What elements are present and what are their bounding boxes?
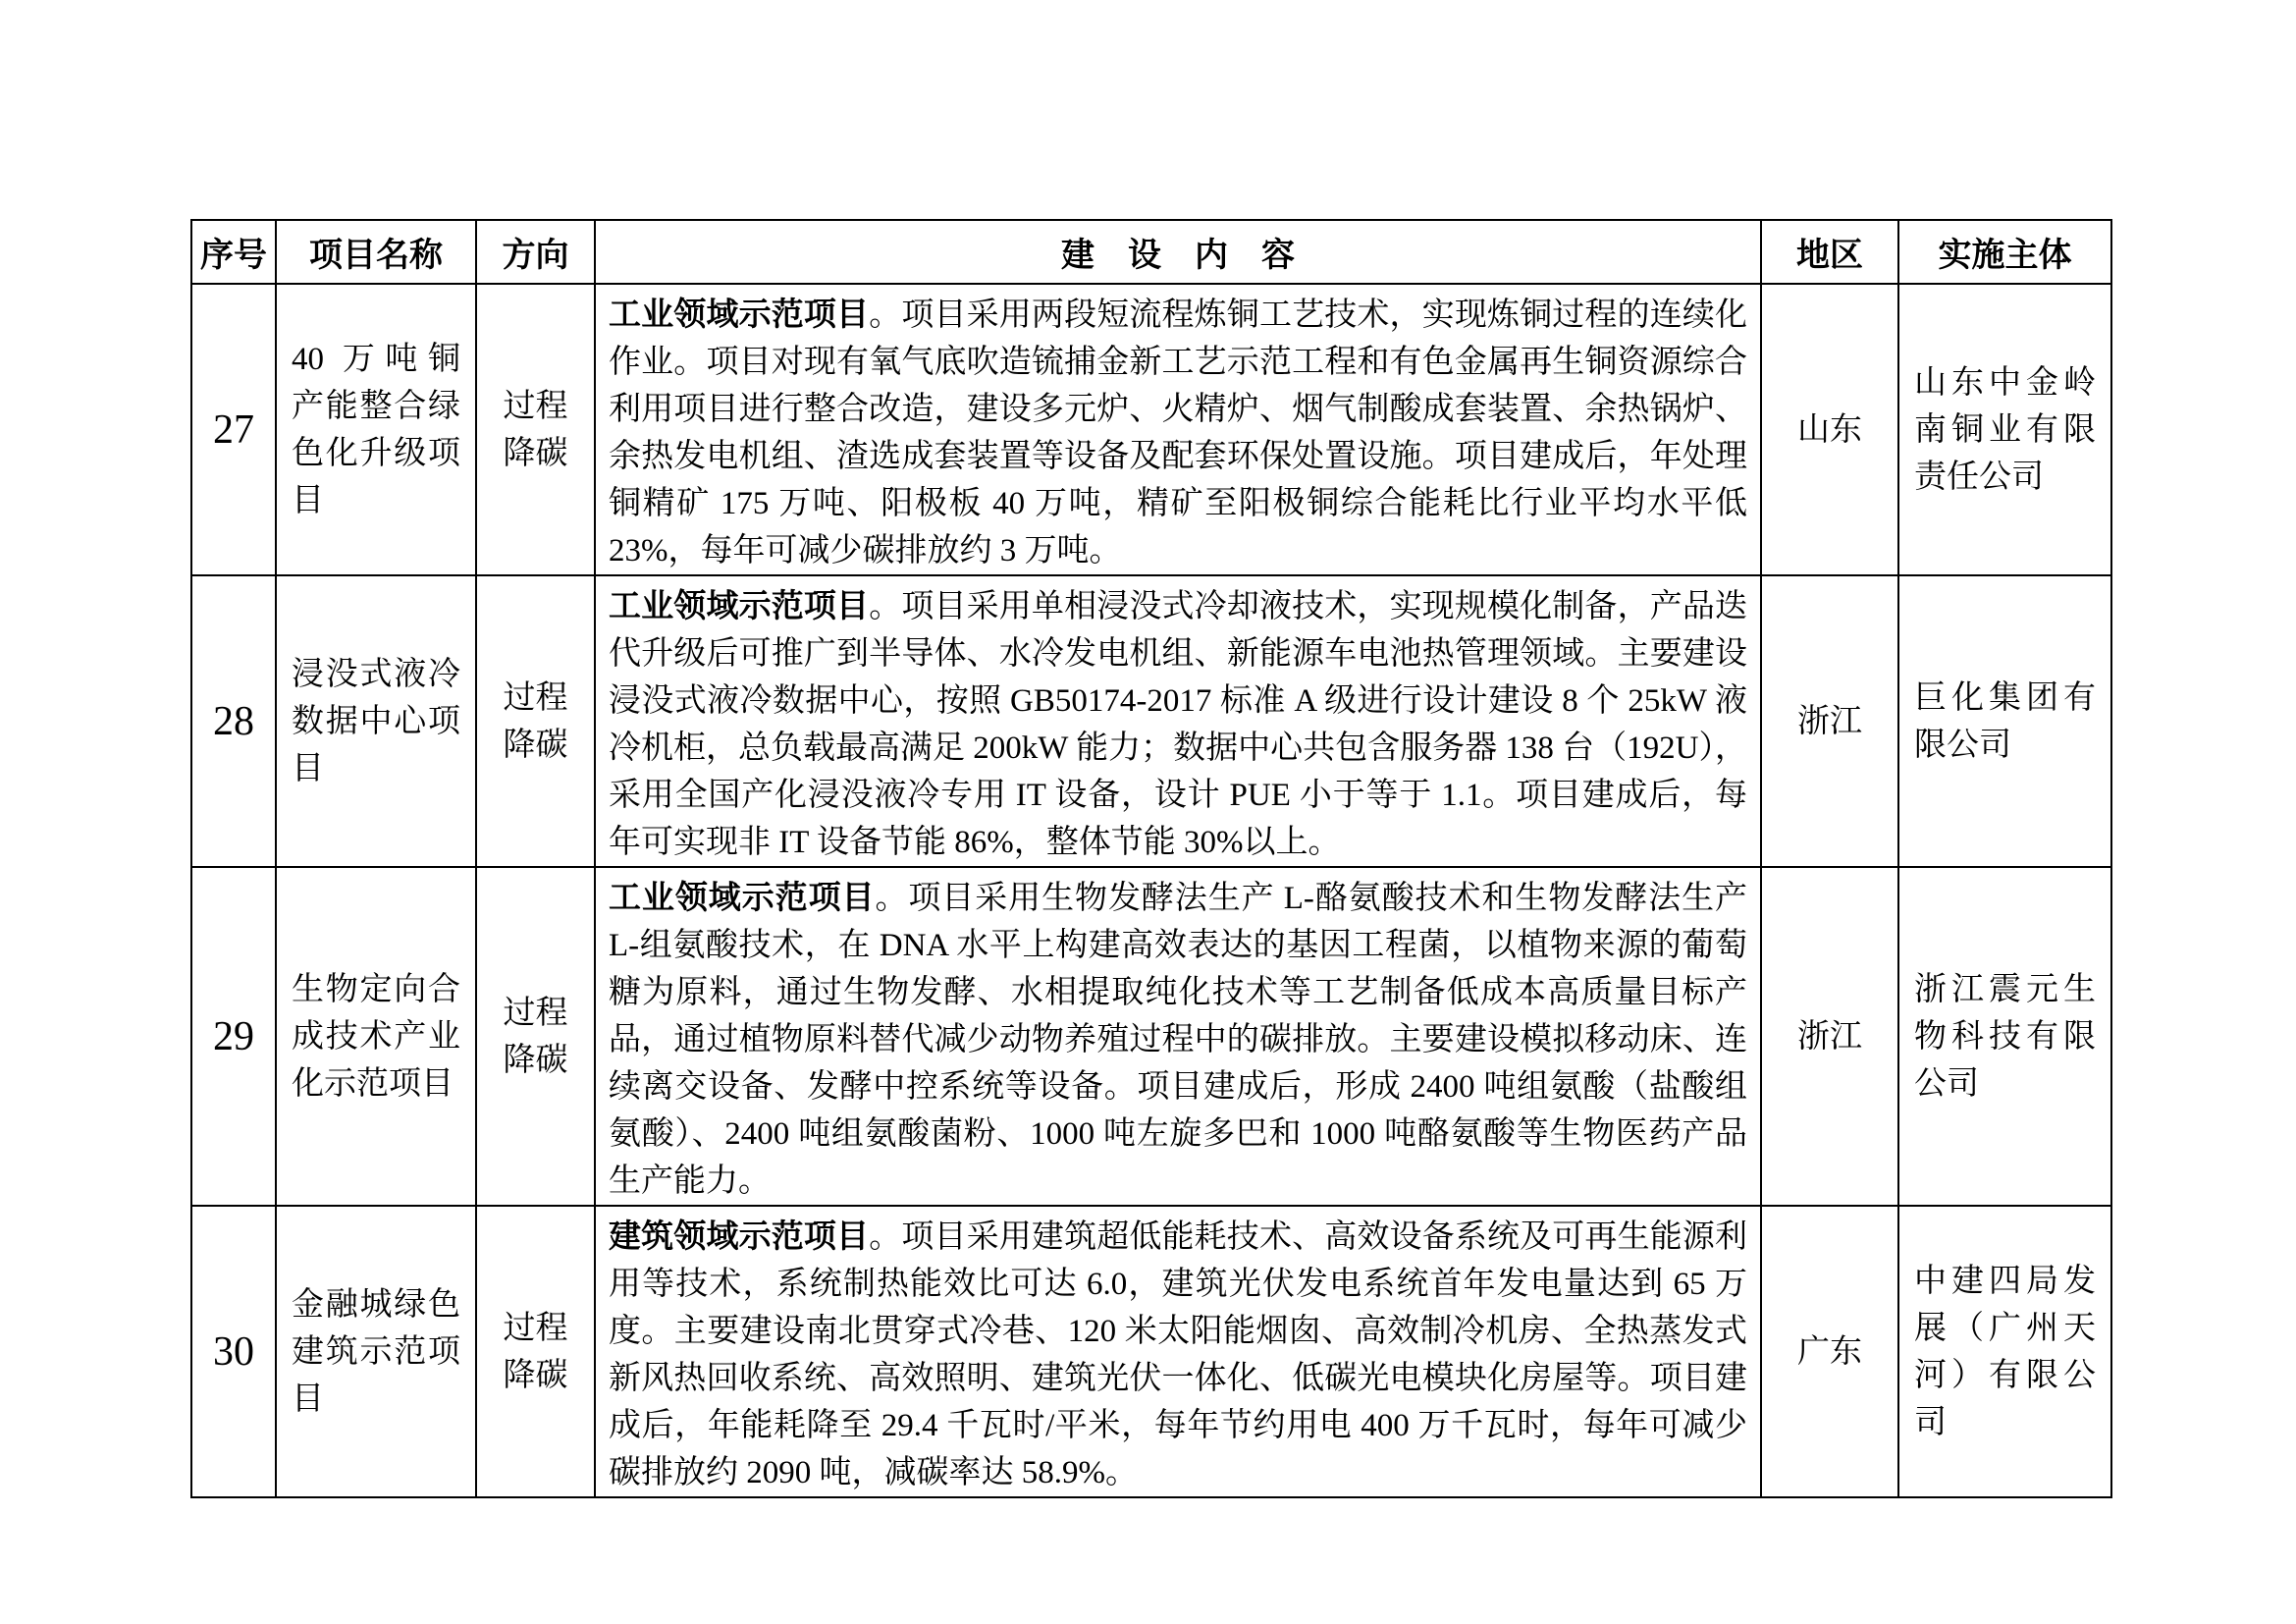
col-header-entity: 实施主体 [1898, 220, 2111, 284]
content-body-text: 。项目采用建筑超低能耗技术、高效设备系统及可再生能源利用等技术，系统制热能效比可… [609, 1219, 1747, 1490]
cell-entity: 中建四局发展（广州天河）有限公司 [1898, 1206, 2111, 1497]
content-body-text: 。项目采用单相浸没式冷却液技术，实现规模化制备，产品迭代升级后可推广到半导体、水… [609, 589, 1747, 860]
cell-index: 29 [191, 867, 276, 1206]
cell-project-name: 生物定向合成技术产业化示范项目 [276, 867, 476, 1206]
col-header-project-name: 项目名称 [276, 220, 476, 284]
cell-project-name: 浸没式液冷数据中心项目 [276, 575, 476, 867]
cell-index: 27 [191, 284, 276, 575]
col-header-region: 地区 [1761, 220, 1898, 284]
cell-content: 工业领域示范项目。项目采用单相浸没式冷却液技术，实现规模化制备，产品迭代升级后可… [595, 575, 1761, 867]
cell-region: 浙江 [1761, 575, 1898, 867]
cell-index: 30 [191, 1206, 276, 1497]
col-header-content: 建 设 内 容 [595, 220, 1761, 284]
cell-entity: 山东中金岭南铜业有限责任公司 [1898, 284, 2111, 575]
header-row: 序号 项目名称 方向 建 设 内 容 地区 实施主体 [191, 220, 2111, 284]
cell-region: 山东 [1761, 284, 1898, 575]
cell-entity: 巨化集团有限公司 [1898, 575, 2111, 867]
table-row: 30 金融城绿色建筑示范项目 过程降碳 建筑领域示范项目。项目采用建筑超低能耗技… [191, 1206, 2111, 1497]
cell-entity: 浙江震元生物科技有限公司 [1898, 867, 2111, 1206]
cell-direction: 过程降碳 [476, 575, 595, 867]
table-row: 28 浸没式液冷数据中心项目 过程降碳 工业领域示范项目。项目采用单相浸没式冷却… [191, 575, 2111, 867]
col-header-direction: 方向 [476, 220, 595, 284]
document-page: 序号 项目名称 方向 建 设 内 容 地区 实施主体 27 40 万吨铜产能整合… [0, 0, 2296, 1624]
table-row: 27 40 万吨铜产能整合绿色化升级项目 过程降碳 工业领域示范项目。项目采用两… [191, 284, 2111, 575]
table-row: 29 生物定向合成技术产业化示范项目 过程降碳 工业领域示范项目。项目采用生物发… [191, 867, 2111, 1206]
cell-region: 广东 [1761, 1206, 1898, 1497]
content-lead-text: 工业领域示范项目 [609, 881, 875, 916]
content-body-text: 。项目采用生物发酵法生产 L-酪氨酸技术和生物发酵法生产 L-组氨酸技术，在 D… [609, 881, 1747, 1199]
cell-project-name: 金融城绿色建筑示范项目 [276, 1206, 476, 1497]
projects-table: 序号 项目名称 方向 建 设 内 容 地区 实施主体 27 40 万吨铜产能整合… [190, 219, 2112, 1498]
cell-direction: 过程降碳 [476, 867, 595, 1206]
col-header-index: 序号 [191, 220, 276, 284]
cell-project-name: 40 万吨铜产能整合绿色化升级项目 [276, 284, 476, 575]
content-lead-text: 建筑领域示范项目 [609, 1219, 869, 1255]
content-body-text: 。项目采用两段短流程炼铜工艺技术，实现炼铜过程的连续化作业。项目对现有氧气底吹造… [609, 298, 1747, 568]
cell-content: 工业领域示范项目。项目采用两段短流程炼铜工艺技术，实现炼铜过程的连续化作业。项目… [595, 284, 1761, 575]
cell-region: 浙江 [1761, 867, 1898, 1206]
cell-content: 建筑领域示范项目。项目采用建筑超低能耗技术、高效设备系统及可再生能源利用等技术，… [595, 1206, 1761, 1497]
cell-content: 工业领域示范项目。项目采用生物发酵法生产 L-酪氨酸技术和生物发酵法生产 L-组… [595, 867, 1761, 1206]
cell-direction: 过程降碳 [476, 284, 595, 575]
cell-direction: 过程降碳 [476, 1206, 595, 1497]
content-lead-text: 工业领域示范项目 [609, 298, 869, 333]
cell-index: 28 [191, 575, 276, 867]
content-lead-text: 工业领域示范项目 [609, 589, 869, 624]
